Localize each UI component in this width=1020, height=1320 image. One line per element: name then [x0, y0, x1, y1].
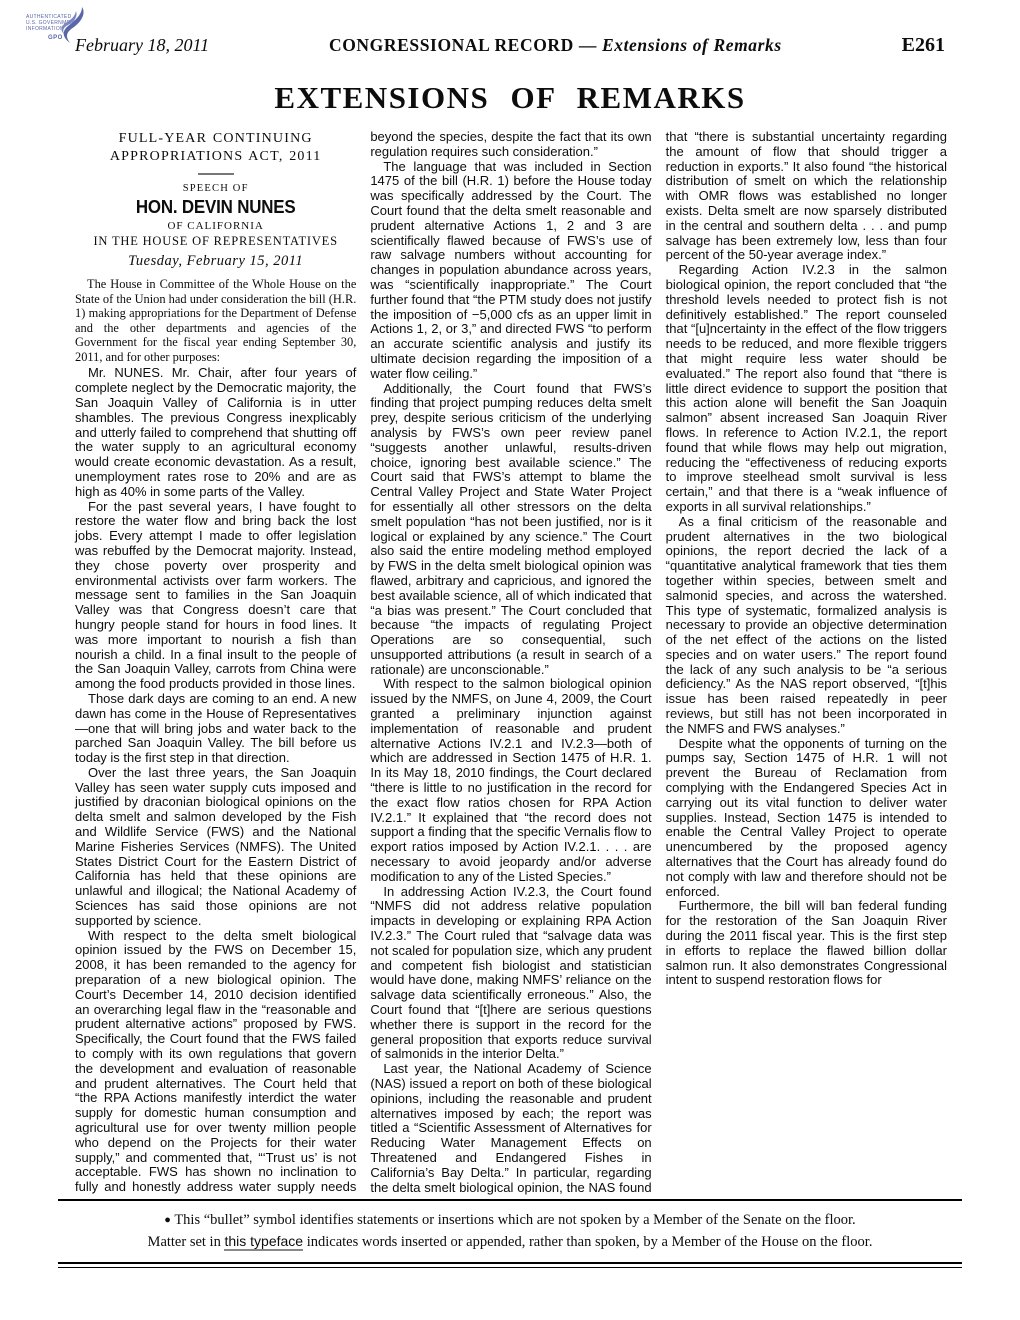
running-head: February 18, 2011 CONGRESSIONAL RECORD —…	[75, 34, 945, 57]
article-columns: FULL-YEAR CONTINUING APPROPRIATIONS ACT,…	[75, 130, 947, 1196]
journal-name: CONGRESSIONAL RECORD	[329, 35, 574, 55]
section-name: Extensions of Remarks	[602, 35, 782, 55]
issue-date: February 18, 2011	[75, 35, 209, 56]
congressional-record-page: AUTHENTICATED U.S. GOVERNMENT INFORMATIO…	[0, 0, 1020, 1320]
typeface-note-prefix: Matter set in	[148, 1234, 225, 1250]
article-title: FULL-YEAR CONTINUING APPROPRIATIONS ACT,…	[75, 130, 356, 166]
speech-of-label: SPEECH OF	[75, 183, 356, 194]
footer-rule-top	[58, 1199, 962, 1201]
page-footer: ● This “bullet” symbol identifies statem…	[58, 1199, 962, 1268]
chamber-line: IN THE HOUSE OF REPRESENTATIVES	[75, 234, 356, 249]
speech-paragraph: As a final criticism of the reasonable a…	[666, 515, 947, 737]
speech-paragraph: Over the last three years, the San Joaqu…	[75, 766, 356, 929]
speech-paragraph: Furthermore, the bill will ban federal f…	[666, 899, 947, 988]
speaker-state: OF CALIFORNIA	[75, 220, 356, 232]
speech-paragraph: Regarding Action IV.2.3 in the salmon bi…	[666, 263, 947, 515]
speech-paragraph: In addressing Action IV.2.3, the Court f…	[370, 885, 651, 1063]
page-title: EXTENSIONS OF REMARKS	[0, 80, 1020, 116]
heading-rule	[198, 173, 234, 175]
speech-paragraph: The language that was included in Sectio…	[370, 160, 651, 382]
article-heading-block: FULL-YEAR CONTINUING APPROPRIATIONS ACT,…	[75, 130, 356, 270]
typeface-note-suffix: indicates words inserted or appended, ra…	[303, 1234, 872, 1250]
speech-paragraph: Additionally, the Court found that FWS’s…	[370, 382, 651, 678]
footer-rule-bottom	[58, 1262, 962, 1268]
gpo-abbr-label: GPO	[48, 35, 63, 41]
running-head-separator: —	[579, 35, 597, 55]
typeface-note-line: Matter set in this typeface indicates wo…	[58, 1231, 962, 1253]
bullet-note-line: ● This “bullet” symbol identifies statem…	[58, 1210, 962, 1231]
speaker-name: HON. DEVIN NUNES	[83, 197, 347, 218]
page-number: E261	[902, 34, 945, 57]
speech-paragraph: With respect to the salmon biological op…	[370, 677, 651, 884]
consideration-preamble: The House in Committee of the Whole Hous…	[75, 277, 356, 364]
speech-paragraph: Mr. NUNES. Mr. Chair, after four years o…	[75, 366, 356, 499]
bullet-icon: ●	[164, 1214, 171, 1226]
speech-paragraph: Those dark days are coming to an end. A …	[75, 692, 356, 766]
speech-paragraph: Despite what the opponents of turning on…	[666, 737, 947, 900]
running-head-center: CONGRESSIONAL RECORD — Extensions of Rem…	[329, 35, 782, 56]
bullet-note-text: This “bullet” symbol identifies statemen…	[174, 1212, 855, 1228]
speech-paragraph: For the past several years, I have fough…	[75, 500, 356, 692]
typeface-note-highlight: this typeface	[224, 1233, 303, 1251]
sitting-date: Tuesday, February 15, 2011	[75, 253, 356, 270]
